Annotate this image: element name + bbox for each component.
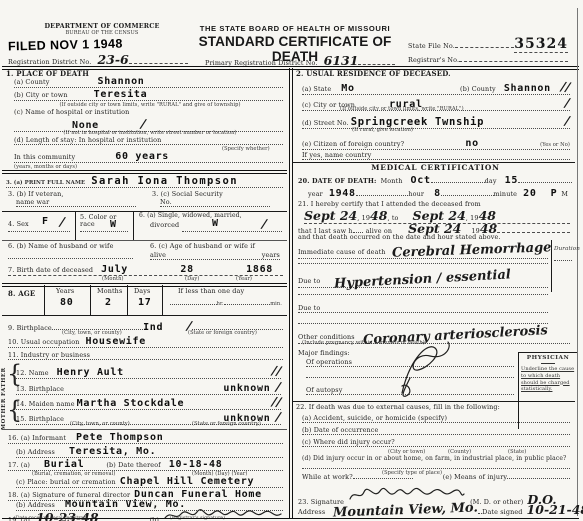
duration-label: Duration — [554, 246, 580, 252]
cell-divider — [90, 285, 91, 315]
external-causes-heading: 22. If death was due to external causes,… — [296, 404, 500, 411]
father-birthplace-value: unknown — [223, 383, 270, 394]
blank-line — [518, 182, 572, 183]
county-row: (a) County Shannon — [14, 76, 283, 88]
blank-line — [224, 304, 271, 305]
blank-line — [554, 256, 572, 261]
informant-address-label: (b) Address — [16, 449, 55, 456]
spouse-age-row: alive years — [150, 252, 280, 260]
name-country-label: If yes, name country — [302, 152, 371, 159]
community-row: In this community 60 years — [14, 151, 283, 163]
due-to-2-row: Due to — [298, 305, 548, 313]
ssn-blank-row: No. — [160, 199, 270, 207]
filed-date-stamp: FILED NOV 1 1948 — [8, 37, 123, 54]
full-name-row: 3. (a) PRINT FULL NAME Sarah Iona Thomps… — [6, 175, 283, 188]
residence-street-note: (If rural, give location) — [352, 127, 413, 133]
registration-district-value: 23-6 — [97, 52, 128, 67]
length-of-stay-row: (d) Length of stay: In hospital or insti… — [14, 137, 283, 145]
accident-label: (a) Accident, suicide, or homicide (spec… — [302, 415, 447, 422]
mother-name-label: 14. Maiden name — [16, 401, 75, 408]
blank-line — [302, 464, 570, 469]
section-rule — [2, 315, 287, 316]
length-of-stay-label: (d) Length of stay: In hospital or insti… — [14, 137, 161, 144]
hospital-tick-mark: / — [140, 116, 146, 131]
while-at-work-row: While at work? (e) Means of injury — [302, 474, 570, 481]
blank-line — [497, 232, 570, 233]
death-certificate-scan: DEPARTMENT OF COMMERCE BUREAU OF THE CEN… — [0, 0, 583, 521]
community-value: 60 years — [115, 151, 169, 162]
residence-street-tick-mark: / — [565, 113, 571, 128]
blank-line — [358, 64, 395, 65]
cell-divider — [133, 211, 134, 240]
burial-place-value: Chapel Hill Cemetery — [120, 476, 254, 487]
hour-value: 8 — [434, 188, 441, 199]
occurrence-date-row: (b) Date of occurrence — [302, 427, 570, 435]
parent-birthplace-note1: (City, town, or county) — [70, 421, 130, 427]
age-years-value: 80 — [60, 297, 73, 308]
veteran-label2: name war — [16, 199, 49, 206]
burial-place-row: (c) Place: burial or cremation Chapel Hi… — [16, 476, 283, 488]
accident-row: (a) Accident, suicide, or homicide (spec… — [302, 415, 570, 423]
birth-year-note: (Year) — [236, 276, 252, 282]
age-months-label: Months — [97, 288, 122, 295]
blank-line — [353, 478, 413, 479]
section-rule — [2, 170, 287, 174]
birth-day-note: (Day) — [185, 276, 199, 282]
less-than-day-label: If less than one day — [178, 288, 244, 295]
section-rule — [2, 429, 287, 430]
community-label: In this community — [14, 154, 75, 161]
occupation-label: 10. Usual occupation — [8, 339, 79, 346]
blank-line — [80, 226, 128, 232]
age-label: 8. AGE — [8, 290, 35, 298]
mother-name-tick-mark: // — [271, 394, 282, 410]
marital-label2: divorced — [150, 222, 179, 229]
hour-label: hour — [408, 191, 424, 198]
father-name-label: 12. Name — [16, 370, 49, 377]
cell-divider — [75, 211, 76, 240]
blank-line — [8, 226, 70, 232]
major-findings-label: Major findings: — [298, 350, 350, 357]
informant-value: Pete Thompson — [76, 432, 163, 443]
age-months-value: 2 — [105, 297, 112, 308]
parent-birthplace-note2: (State or foreign country) — [192, 421, 261, 427]
birth-year-value: 1868 — [246, 264, 273, 275]
birth-month-value: July — [101, 264, 128, 275]
informant-address-row: (b) Address Teresita, Mo. — [16, 446, 283, 458]
county-value: Shannon — [97, 76, 144, 87]
occupation-row: 10. Usual occupation Housewife — [8, 336, 283, 348]
blank-line — [182, 226, 282, 232]
city-label: (b) City or town — [14, 92, 68, 99]
due-to-1-label: Due to — [298, 278, 320, 285]
residence-city-note: (If outside city or town limits, write "… — [340, 106, 464, 112]
registrar-no-row: Registrar's No. — [408, 57, 568, 64]
city-value: Teresita — [94, 89, 148, 100]
minute-value: 20 — [523, 188, 536, 199]
autopsy-row: Of autopsy — [306, 387, 514, 395]
father-name-value: Henry Ault — [57, 367, 124, 378]
column-divider — [289, 68, 293, 518]
full-name-value: Sarah Iona Thompson — [91, 175, 238, 187]
registration-district-row: Registration District No. 23-6 — [8, 52, 188, 67]
section-rule — [292, 401, 575, 402]
burial-row: 17. (a) Burial (b) Date thereof 10-18-48 — [8, 459, 283, 471]
residence-city-tick-mark: / — [565, 95, 571, 110]
date-thereof-label: (b) Date thereof — [106, 462, 160, 469]
blank-line — [455, 47, 514, 48]
year-label: year — [308, 191, 323, 198]
blank-line — [441, 195, 494, 196]
form-header-agency: DEPARTMENT OF COMMERCE BUREAU OF THE CEN… — [12, 23, 192, 36]
operations-label: Of operations — [306, 359, 352, 366]
burial-value: Burial — [44, 459, 84, 470]
industry-row: 11. Industry or business — [8, 352, 283, 360]
hr-min-row: hr. min. — [170, 301, 282, 307]
department-line: DEPARTMENT OF COMMERCE — [12, 23, 192, 30]
state-file-label: State File No. — [408, 43, 455, 50]
immediate-cause-label: Immediate cause of death — [298, 249, 386, 256]
injury-where-label: (c) Where did injury occur? — [302, 439, 395, 446]
citizen-row: (e) Citizen of foreign country? no (Yes … — [302, 138, 570, 150]
informant-row: 16. (a) Informant Pete Thompson — [8, 432, 283, 444]
minute-label: minute — [494, 191, 518, 198]
date-signed-label: Date signed — [482, 509, 522, 516]
birthplace-label: 9. Birthplace — [8, 325, 52, 332]
full-name-label: 3. (a) PRINT FULL NAME — [6, 180, 85, 186]
day-value: 15 — [505, 175, 518, 186]
date-of-death-row: 20. DATE OF DEATH: Month Oct day 15 — [298, 175, 572, 186]
medical-certification-heading: MEDICAL CERTIFICATION — [296, 164, 575, 173]
blank-line — [8, 252, 133, 259]
m-label: M — [561, 191, 568, 198]
birth-day-value: 28 — [180, 264, 193, 275]
blank-line — [129, 63, 188, 64]
physician-rule — [541, 363, 555, 364]
county-label: (a) County — [14, 79, 49, 86]
mother-name-row: 14. Maiden name Martha Stockdale // — [16, 394, 281, 410]
date-thereof-value: 10-18-48 — [169, 459, 223, 470]
birth-date-label: 7. Birth date of deceased — [8, 267, 93, 274]
pm-value: P — [551, 188, 558, 199]
mother-birthplace-label: 15. Birthplace — [16, 416, 64, 423]
blank-line — [431, 182, 485, 183]
father-birthplace-label: 13. Birthplace — [16, 386, 64, 393]
birthplace-value: Ind — [143, 322, 163, 333]
state-file-value: 35324 — [514, 36, 568, 53]
marital-label: 6. (a) Single, widowed, married, — [139, 213, 242, 220]
citizen-value: no — [465, 138, 478, 149]
due-to-1-row: Due to Hypertension / essential — [298, 272, 548, 288]
burial-place-label: (c) Place: burial or cremation — [16, 479, 116, 486]
mother-birthplace-tick-mark: / — [276, 409, 282, 424]
blank-line — [298, 258, 548, 264]
informant-label: 16. (a) Informant — [8, 435, 66, 442]
date-signed-value: 10-21-48 — [527, 502, 583, 517]
state-file-row: State File No. 35324 — [408, 36, 568, 53]
occurred-statement: and that death occurred on the date and … — [298, 234, 501, 241]
residence-street-row: (d) Street No. Springcreek Twnship / — [302, 113, 570, 129]
age-years-label: Years — [56, 288, 74, 295]
while-at-work-label: While at work? — [302, 474, 353, 481]
veteran-blank-row: name war — [16, 199, 136, 207]
father-birthplace-row: 13. Birthplace unknown / — [16, 379, 281, 395]
cell-divider — [127, 285, 128, 315]
due-to-1-value: Hypertension / essential — [334, 267, 511, 291]
residence-state-row: (a) State Mo (b) County Shannon // — [302, 79, 570, 95]
residence-county-label: (b) County — [460, 86, 496, 93]
board-title: THE STATE BOARD OF HEALTH OF MISSOURI — [190, 24, 400, 33]
spouse-alive-label: alive — [150, 252, 166, 259]
physician-address-label: Address — [298, 509, 325, 516]
city-row: (b) City or town Teresita — [14, 89, 283, 101]
blank-line — [298, 318, 548, 324]
injury-place-label: (d) Did injury occur in or about home, o… — [302, 456, 566, 463]
blank-line — [459, 61, 568, 62]
citizen-label: (e) Citizen of foreign country? — [302, 141, 404, 148]
death-time-row: year 1948 hour 8 minute 20 P M — [308, 188, 568, 199]
blank-line — [507, 478, 570, 479]
injury-where-row: (c) Where did injury occur? — [302, 439, 570, 447]
residence-county-value: Shannon — [504, 83, 551, 94]
date-of-death-label: 20. DATE OF DEATH: — [298, 178, 377, 185]
birth-month-note: (Month) — [102, 276, 124, 282]
day-label: day — [485, 178, 497, 185]
spouse-age-label: 6. (c) Age of husband or wife if — [150, 243, 255, 250]
month-label: Month — [381, 178, 403, 185]
residence-county-tick-mark: // — [560, 79, 571, 95]
burial-num-label: 17. (a) — [8, 462, 30, 469]
cell-divider — [162, 285, 163, 315]
autopsy-label: Of autopsy — [306, 387, 342, 394]
age-days-label: Days — [134, 288, 150, 295]
bureau-line: BUREAU OF THE CENSUS — [12, 30, 192, 36]
husband-label: 6. (b) Name of husband or wife — [8, 243, 114, 250]
age-days-value: 17 — [138, 297, 151, 308]
informant-address-value: Teresita, Mo. — [69, 446, 156, 457]
physician-address-row: Address Mountain View, Mo. Date signed 1… — [298, 502, 572, 518]
year-value: 1948 — [329, 188, 356, 199]
usual-residence-heading: 2. USUAL RESIDENCE OF DECEASED. — [296, 70, 451, 78]
name-country-row: If yes, name country — [302, 152, 570, 160]
cell-divider — [44, 285, 45, 315]
page-right-edge — [577, 8, 578, 516]
residence-state-label: (a) State — [302, 86, 331, 93]
hr-label: hr. — [217, 301, 224, 307]
min-label: min. — [270, 301, 282, 307]
father-name-row: 12. Name Henry Ault // — [16, 363, 281, 379]
blank-line — [298, 289, 548, 295]
citizen-note: (Yes or No) — [540, 142, 570, 148]
registrar-no-label: Registrar's No. — [408, 57, 459, 64]
ssn-label2: No. — [160, 199, 172, 206]
blank-line — [170, 304, 217, 305]
physician-heading: PHYSICIAN — [521, 355, 575, 361]
mother-name-value: Martha Stockdale — [77, 398, 185, 409]
immediate-cause-row: Immediate cause of death Cerebral Hemorr… — [298, 243, 548, 259]
blank-line — [356, 195, 409, 196]
physician-note: Underline the cause to which death shoul… — [521, 366, 575, 393]
blank-line — [353, 226, 363, 233]
residence-street-label: (d) Street No. — [302, 120, 349, 127]
due-to-2-label: Due to — [298, 305, 320, 312]
birth-date-row: 7. Birth date of deceased July 28 1868 — [8, 264, 283, 276]
month-value: Oct — [411, 175, 431, 186]
occurrence-date-label: (b) Date of occurrence — [302, 427, 378, 434]
residence-state-value: Mo — [341, 83, 354, 94]
means-of-injury-label: (e) Means of injury — [443, 474, 507, 481]
industry-label: 11. Industry or business — [8, 352, 90, 359]
spouse-years-label: years — [262, 252, 280, 259]
father-birthplace-tick-mark: / — [276, 379, 282, 394]
father-name-tick-mark: // — [271, 363, 282, 379]
occupation-value: Housewife — [85, 336, 146, 347]
section-rule — [2, 240, 287, 241]
duration-box-divider — [551, 240, 552, 292]
